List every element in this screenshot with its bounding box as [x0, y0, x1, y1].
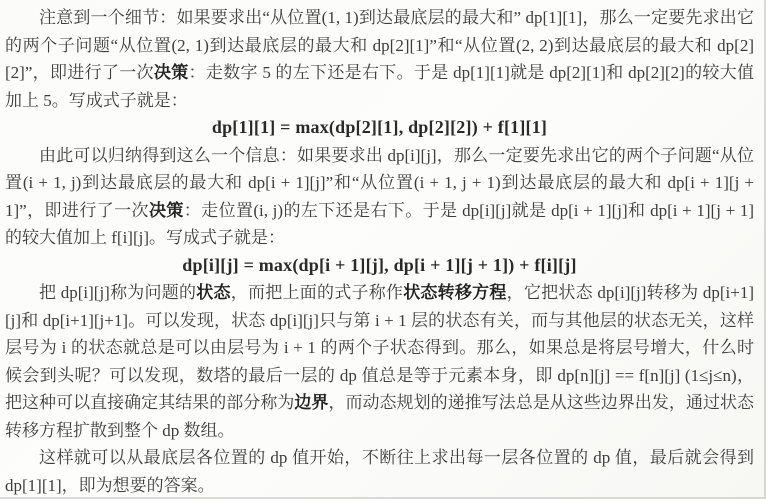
paragraph-conclusion: 这样就可以从最底层各位置的 dp 值开始，不断往上求出每一层各位置的 dp 值，… [5, 444, 754, 499]
paragraph-state-transfer-text-1: 把 dp[i][j]称为问题的 [39, 283, 196, 302]
bold-term-state: 状态 [196, 283, 230, 302]
bold-term-decision-2: 决策 [149, 201, 184, 220]
paragraph-detail-note: 注意到一个细节：如果要求出“从位置(1, 1)到达最底层的最大和” dp[1][… [5, 4, 754, 114]
paragraph-generalization: 由此可以归纳得到这么一个信息：如果要求出 dp[i][j]，那么一定要先求出它的… [5, 142, 754, 252]
bold-term-decision-1: 决策 [154, 63, 189, 82]
document-page: 注意到一个细节：如果要求出“从位置(1, 1)到达最底层的最大和” dp[1][… [0, 0, 766, 499]
paragraph-conclusion-text: 这样就可以从最底层各位置的 dp 值开始，不断往上求出每一层各位置的 dp 值，… [5, 448, 754, 495]
formula-dpij: dp[i][j] = max(dp[i + 1][j], dp[i + 1][j… [5, 252, 754, 280]
bold-term-state-transfer-equation: 状态转移方程 [403, 283, 506, 302]
formula-dp11: dp[1][1] = max(dp[2][1], dp[2][2]) + f[1… [5, 114, 754, 142]
paragraph-state-transfer-text-2: ，而把上面的式子称作 [231, 283, 403, 302]
bold-term-boundary: 边界 [294, 393, 328, 412]
paragraph-state-transfer: 把 dp[i][j]称为问题的状态，而把上面的式子称作状态转移方程，它把状态 d… [5, 279, 754, 444]
